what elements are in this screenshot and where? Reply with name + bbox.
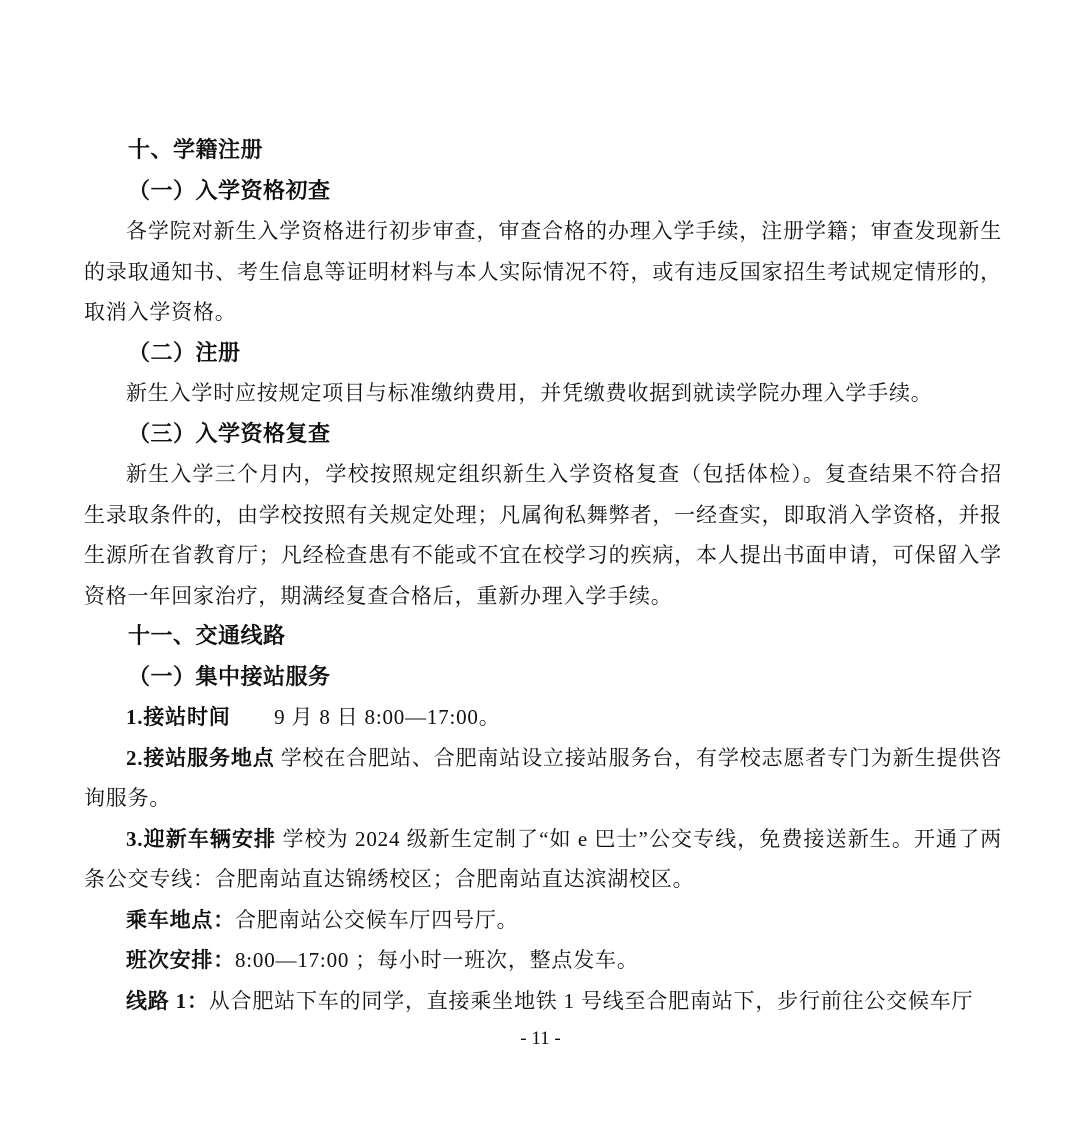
paragraph: 1.接站时间 9 月 8 日 8:00—17:00。 xyxy=(84,697,1002,738)
run-in-label: 班次安排： xyxy=(126,948,235,972)
subsection-heading: （一）集中接站服务 xyxy=(84,657,1002,698)
paragraph: 班次安排：8:00—17:00 ；每小时一班次，整点发车。 xyxy=(84,940,1002,981)
paragraph: 乘车地点：合肥南站公交候车厅四号厅。 xyxy=(84,900,1002,941)
subsection-heading: （一）入学资格初查 xyxy=(84,171,1002,212)
paragraph: 新生入学三个月内，学校按照规定组织新生入学资格复查（包括体检）。复查结果不符合招… xyxy=(84,454,1002,616)
run-in-label: 线路 1： xyxy=(126,989,209,1013)
paragraph: 2.接站服务地点 学校在合肥站、合肥南站设立接站服务台，有学校志愿者专门为新生提… xyxy=(84,738,1002,819)
paragraph-text: 合肥南站公交候车厅四号厅。 xyxy=(235,908,518,932)
paragraph: 3.迎新车辆安排 学校为 2024 级新生定制了“如 e 巴士”公交专线，免费接… xyxy=(84,819,1002,900)
paragraph-text: 9 月 8 日 8:00—17:00。 xyxy=(231,705,501,729)
paragraph-text: 从合肥站下车的同学，直接乘坐地铁 1 号线至合肥南站下，步行前往公交候车厅 xyxy=(209,989,974,1013)
section-heading: 十一、交通线路 xyxy=(84,616,1002,657)
paragraph: 各学院对新生入学资格进行初步审查，审查合格的办理入学手续，注册学籍；审查发现新生… xyxy=(84,211,1002,333)
subsection-heading: （二）注册 xyxy=(84,333,1002,374)
page-number: - 11 - xyxy=(0,1028,1081,1050)
run-in-label: 3.迎新车辆安排 xyxy=(126,827,276,851)
paragraph-text: 8:00—17:00 ；每小时一班次，整点发车。 xyxy=(235,948,639,972)
run-in-label: 2.接站服务地点 xyxy=(126,746,275,770)
paragraph: 线路 1：从合肥站下车的同学，直接乘坐地铁 1 号线至合肥南站下，步行前往公交候… xyxy=(84,981,1002,1022)
run-in-label: 乘车地点： xyxy=(126,908,235,932)
document-content: 十、学籍注册 （一）入学资格初查 各学院对新生入学资格进行初步审查，审查合格的办… xyxy=(84,130,1002,1021)
section-heading: 十、学籍注册 xyxy=(84,130,1002,171)
paragraph: 新生入学时应按规定项目与标准缴纳费用，并凭缴费收据到就读学院办理入学手续。 xyxy=(84,373,1002,414)
document-page: 十、学籍注册 （一）入学资格初查 各学院对新生入学资格进行初步审查，审查合格的办… xyxy=(0,0,1081,1134)
subsection-heading: （三）入学资格复查 xyxy=(84,414,1002,455)
run-in-label: 1.接站时间 xyxy=(126,705,231,729)
